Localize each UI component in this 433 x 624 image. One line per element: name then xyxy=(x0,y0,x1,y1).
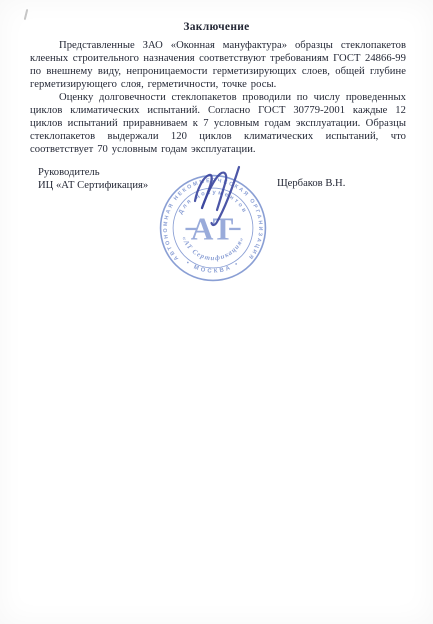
document-title: Заключение xyxy=(0,0,433,33)
signer-name: Щербаков В.Н. xyxy=(277,178,345,189)
paragraph-compliance: Представленные ЗАО «Оконная мануфактура»… xyxy=(30,39,406,91)
signer-role-line2: ИЦ «АТ Сертификация» xyxy=(38,179,148,192)
signer-role-line1: Руководитель xyxy=(38,166,148,179)
signer-role: Руководитель ИЦ «АТ Сертификация» xyxy=(38,166,148,192)
paragraph-durability: Оценку долговечности стеклопакетов прово… xyxy=(30,91,406,156)
document-page: Заключение Представленные ЗАО «Оконная м… xyxy=(0,0,433,624)
document-body: Представленные ЗАО «Оконная мануфактура»… xyxy=(0,33,433,156)
handwritten-signature xyxy=(182,163,264,229)
